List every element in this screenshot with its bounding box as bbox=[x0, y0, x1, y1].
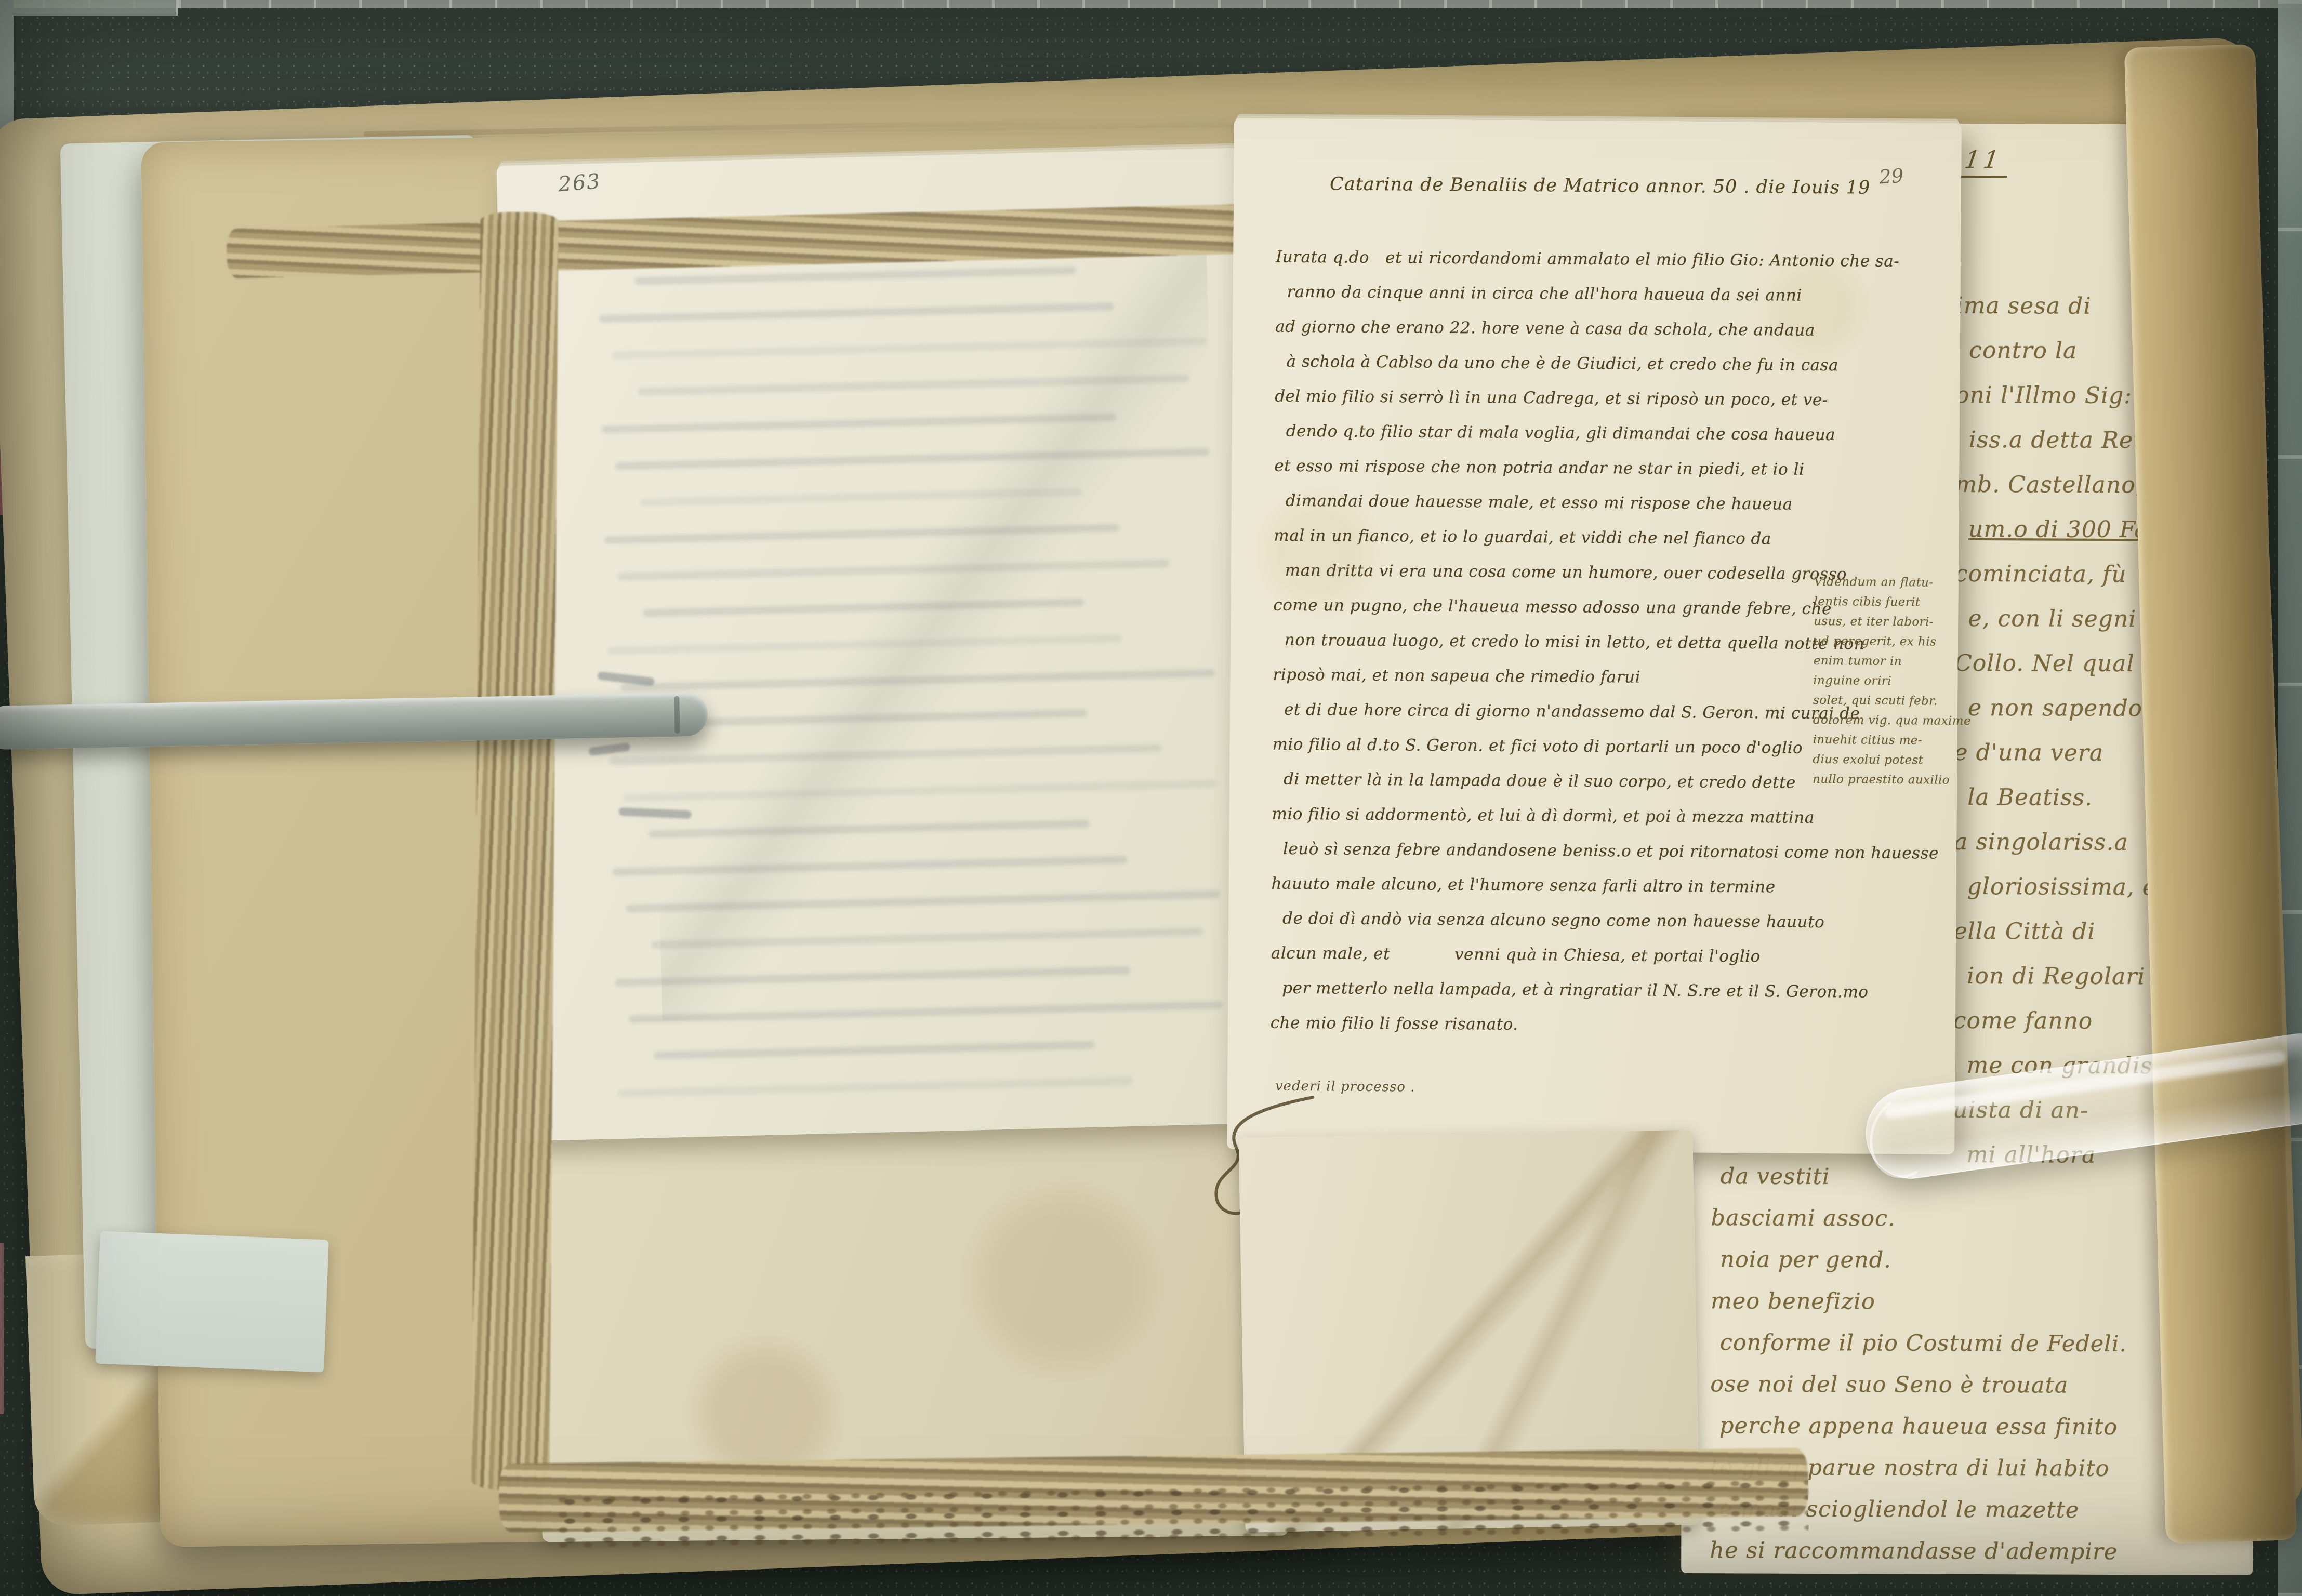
deposition-line: ad giorno che erano 22. hore vene à casa… bbox=[1275, 310, 1894, 349]
margin-note-line: nullo praestito auxilio bbox=[1813, 769, 1952, 790]
bleedthrough-line bbox=[623, 780, 1218, 802]
deposition-line: leuò sì senza febre andandosene beniss.o… bbox=[1272, 832, 1890, 871]
archival-photograph: 1511 ima sesa dicontro laoni l'Illmo Sig… bbox=[0, 0, 2302, 1596]
torn-page-edges-left bbox=[471, 212, 558, 1491]
margin-note-line: usus, et iter labori- bbox=[1814, 611, 1953, 632]
deposition-line: riposò mai, et non sapeua che rimedio fa… bbox=[1273, 658, 1891, 697]
left-manuscript-page: 263 bbox=[496, 146, 1324, 1141]
bleedthrough-line bbox=[599, 302, 1114, 323]
margin-note-line: ud peregerit, ex his bbox=[1814, 631, 1953, 652]
bleedthrough-line bbox=[612, 856, 1127, 876]
margin-note-line: enim tumor in bbox=[1814, 651, 1953, 672]
deposition-line: di metter là in la lampada doue è il suo… bbox=[1272, 762, 1890, 801]
deposition-line: mal in un fianco, et io lo guardai, et v… bbox=[1274, 518, 1892, 557]
deposition-line: non trouaua luogo, et credo lo misi in l… bbox=[1273, 623, 1891, 662]
bleedthrough-line bbox=[634, 267, 1076, 285]
bleedthrough-line bbox=[607, 634, 1122, 655]
left-edge-color-sliver bbox=[0, 1243, 4, 1414]
deposition-line: hauuto male alcuno, et l'humore senza fa… bbox=[1271, 867, 1889, 906]
bleedthrough-line bbox=[626, 890, 1221, 913]
bleedthrough-line bbox=[643, 598, 1084, 617]
bleedthrough-lines bbox=[597, 227, 1232, 1126]
right-page-number: 29 bbox=[1878, 165, 1904, 189]
top-measuring-strip bbox=[0, 0, 2302, 8]
deposition-line: per metterlo nella lampada, et à ringrat… bbox=[1271, 971, 1889, 1010]
handwriting-fragment: he si raccommandasse d'adempire bbox=[1710, 1529, 2229, 1573]
margin-note-line: solet, qui scuti febr. bbox=[1813, 690, 1952, 711]
archivist-footnote: vederi il processo . bbox=[1275, 1079, 1415, 1095]
margin-note-line: inguine oriri bbox=[1813, 671, 1952, 691]
bleedthrough-line bbox=[604, 524, 1119, 544]
bleedthrough-line bbox=[617, 560, 1169, 581]
loose-grey-sheet-corner bbox=[95, 1231, 328, 1373]
right-manuscript-page: 29 Catarina de Benaliis de Matrico annor… bbox=[1227, 118, 1962, 1154]
deposition-line: ranno da cinque anni in circa che all'ho… bbox=[1275, 275, 1894, 314]
bleedthrough-line bbox=[610, 744, 1161, 765]
handwriting-fragment: perche appena haueua essa finito bbox=[1710, 1405, 2230, 1448]
left-page-number: 263 bbox=[558, 169, 602, 196]
handwriting-fragment: conforme il pio Costumi de Fedeli. bbox=[1711, 1322, 2230, 1365]
margin-note-line: dolorem vig. qua maxime bbox=[1813, 710, 1952, 731]
handwriting-fragment: noia per gend. bbox=[1711, 1239, 2230, 1282]
handwriting-fragment: ose noi del suo Seno è trouata bbox=[1710, 1363, 2230, 1406]
deposition-line: che mio filio li fosse risanato. bbox=[1271, 1006, 1889, 1045]
deposition-line: mio filio si addormentò, et lui à dì dor… bbox=[1272, 797, 1890, 836]
margin-note-line: dius exolui potest bbox=[1813, 750, 1952, 770]
bleedthrough-line bbox=[640, 488, 1082, 507]
deposition-line: man dritta vi era una cosa come un humor… bbox=[1274, 553, 1892, 592]
deposition-line: dimandai doue hauesse male, et esso mi r… bbox=[1274, 484, 1893, 523]
deposition-line: come un pugno, che l'haueua messo adosso… bbox=[1273, 588, 1891, 627]
deposition-line: Iurata q.do et ui ricordandomi ammalato … bbox=[1276, 240, 1894, 279]
handwriting-fragment: basciami assoc. bbox=[1711, 1197, 2230, 1240]
handwriting-fragment: meo benefizio bbox=[1711, 1280, 2230, 1323]
top-left-scale-block bbox=[0, 0, 178, 16]
margin-note-line: Videndum an flatu- bbox=[1814, 572, 1953, 593]
deposition-line: dendo q.to filio star di mala voglia, gl… bbox=[1275, 414, 1893, 453]
bleedthrough-line bbox=[648, 820, 1090, 839]
bleedthrough-line bbox=[651, 927, 1203, 949]
deposition-line: alcun male, et venni quà in Chiesa, et p… bbox=[1271, 936, 1889, 975]
margin-note-line: lentis cibis fuerit bbox=[1814, 592, 1953, 613]
deposition-line: de doi dì andò via senza alcuno segno co… bbox=[1271, 901, 1889, 940]
deposition-line: à schola à Cablso da uno che è de Giudic… bbox=[1275, 344, 1893, 383]
deposition-body: Iurata q.do et ui ricordandomi ammalato … bbox=[1271, 240, 1895, 1045]
deposition-line: mio filio al d.to S. Geron. et fici voto… bbox=[1272, 727, 1890, 766]
bleedthrough-line bbox=[618, 1077, 1133, 1097]
margin-note-line: inuehit citius me- bbox=[1813, 730, 1952, 751]
bleedthrough-line bbox=[615, 448, 1210, 470]
bleedthrough-line bbox=[654, 1041, 1095, 1060]
bleedthrough-line bbox=[602, 413, 1117, 433]
bleedthrough-line bbox=[638, 375, 1189, 396]
bleedthrough-line bbox=[612, 337, 1207, 360]
latin-margin-note: Videndum an flatu-lentis cibis fueritusu… bbox=[1813, 572, 1953, 790]
deposition-line: et esso mi rispose che non potria andar … bbox=[1274, 449, 1893, 488]
bleedthrough-line bbox=[615, 966, 1130, 987]
bleedthrough-line bbox=[620, 669, 1215, 691]
deposition-line: del mio filio si serrò lì in una Cadrega… bbox=[1275, 379, 1893, 418]
deposition-heading: Catarina de Benaliis de Matrico annor. 5… bbox=[1330, 174, 1881, 198]
deposition-line: et di due hore circa di giorno n'andasse… bbox=[1273, 693, 1891, 731]
bleedthrough-line bbox=[628, 1001, 1223, 1023]
bleedthrough-line bbox=[645, 709, 1087, 728]
